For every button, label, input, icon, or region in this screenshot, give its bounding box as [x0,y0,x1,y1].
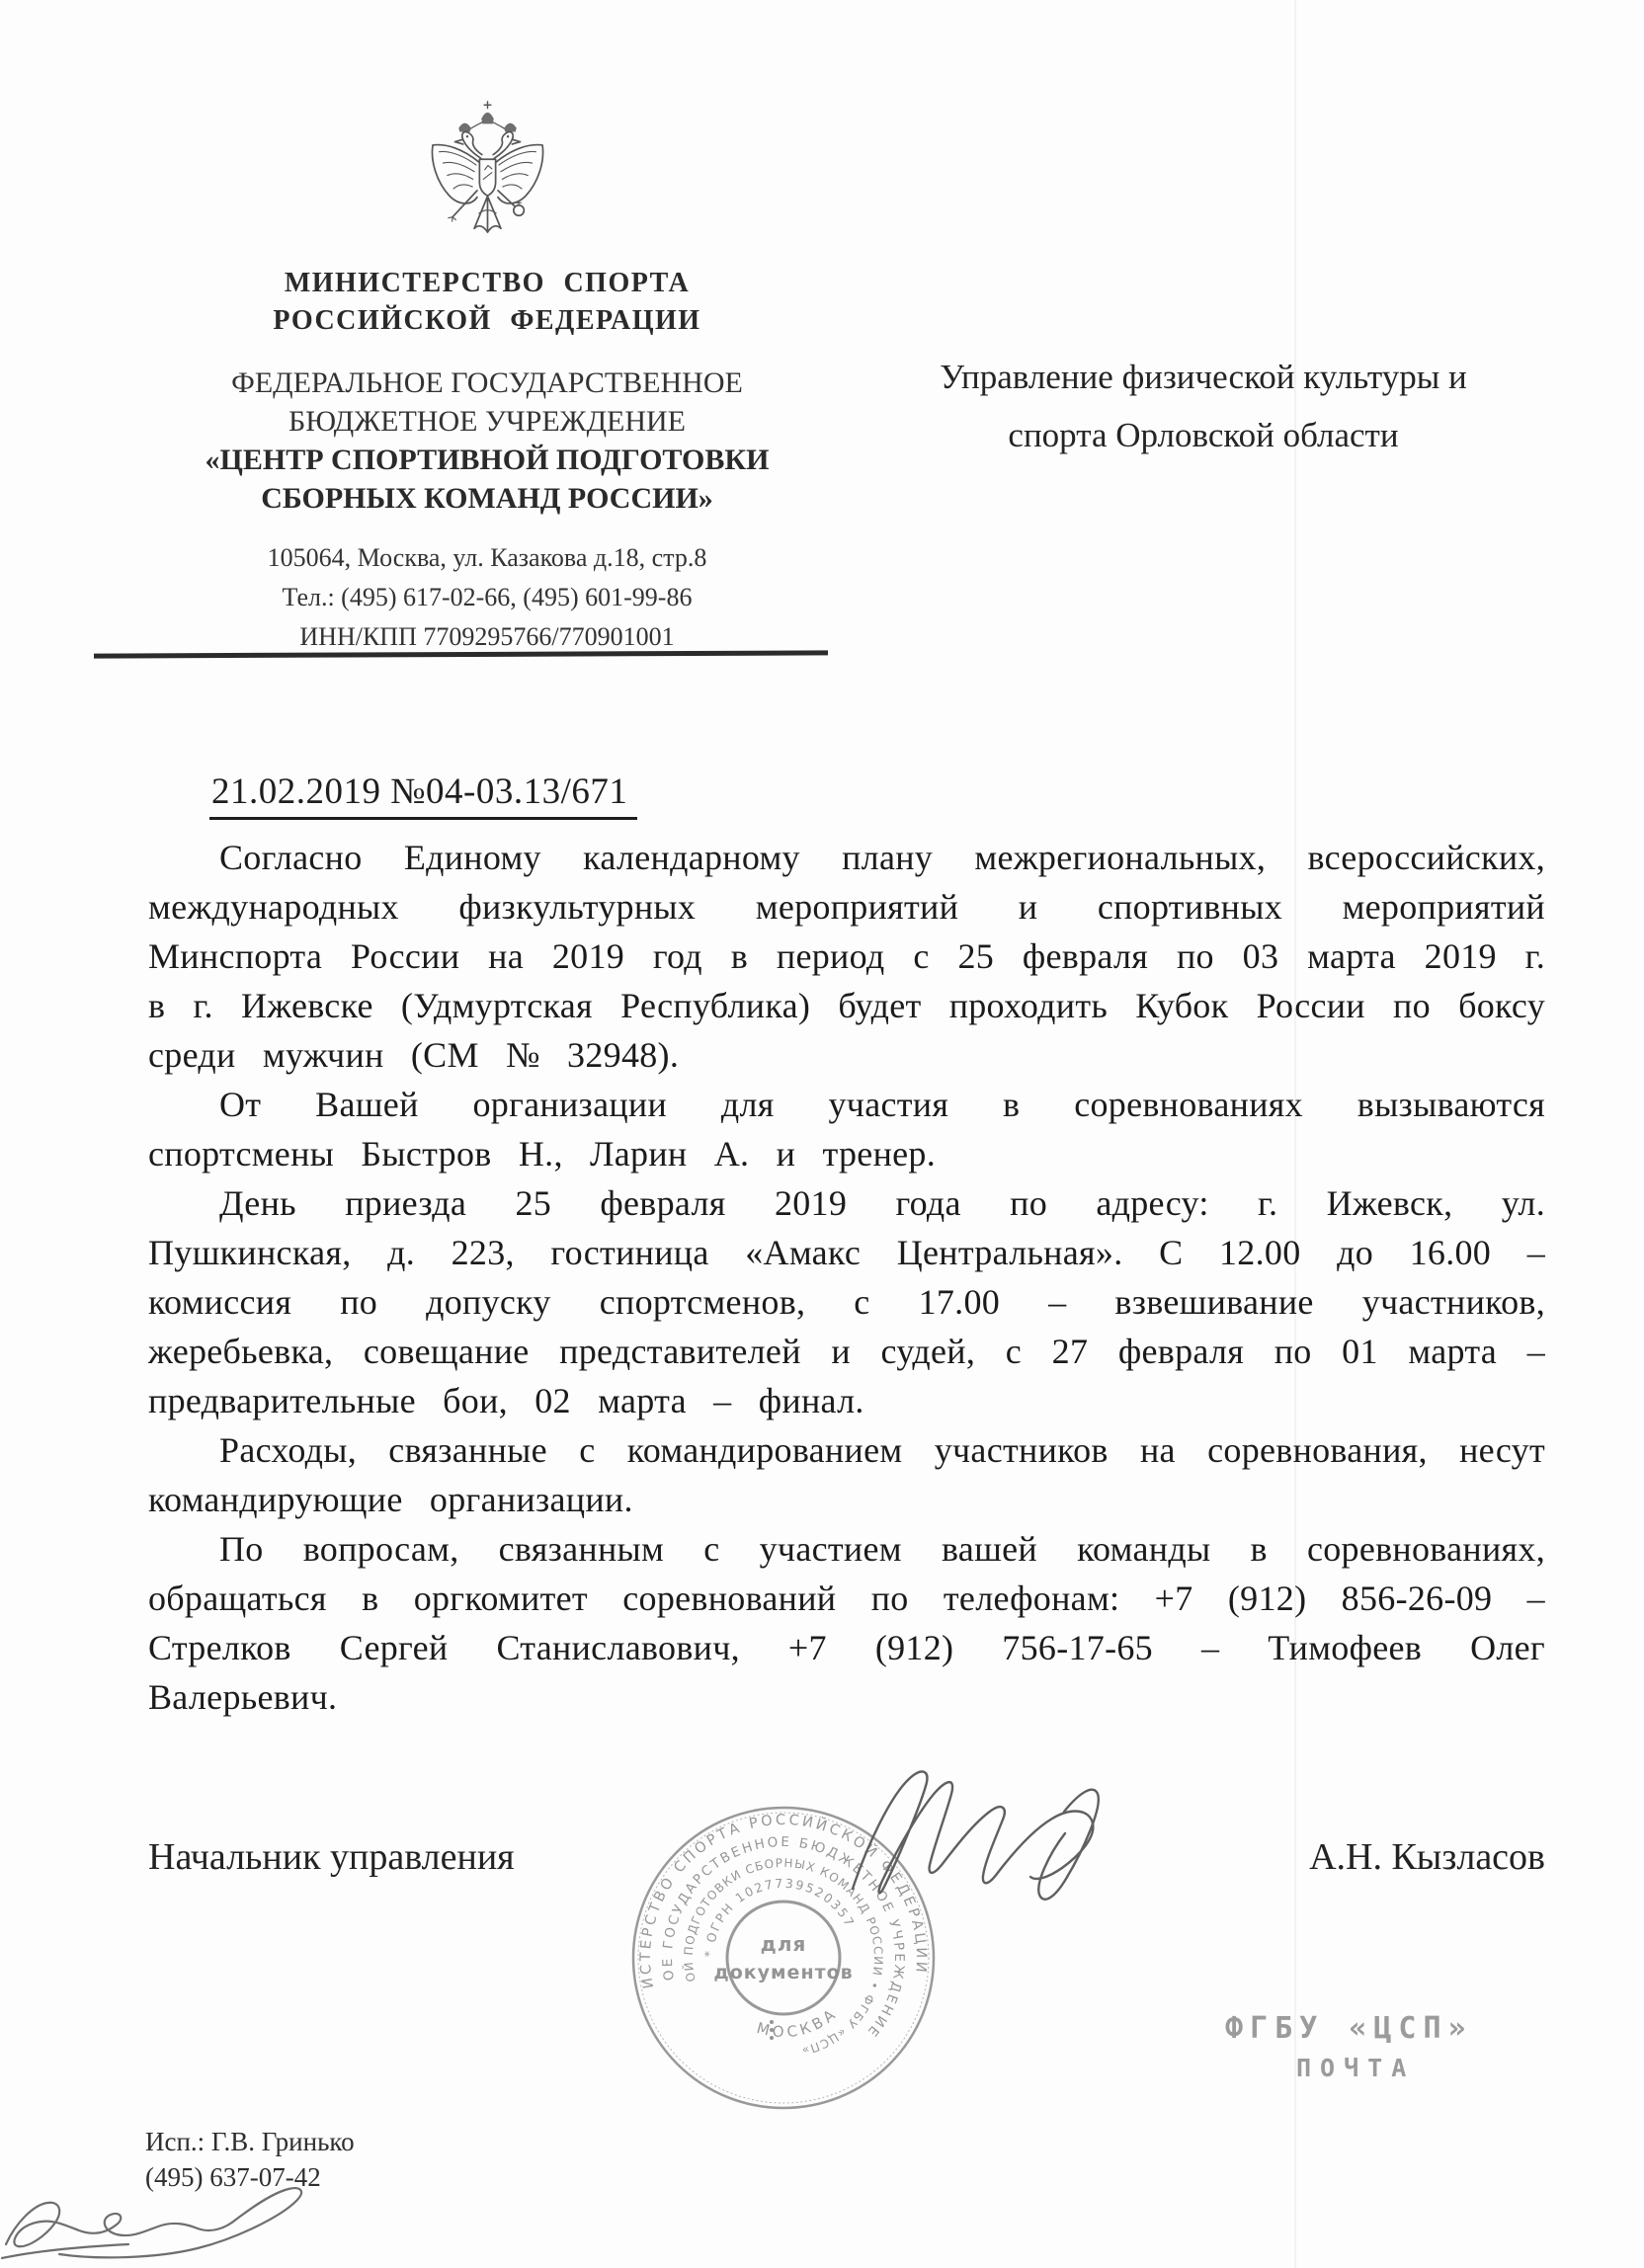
reference-number: 21.02.2019 №04-03.13/671 [209,770,637,820]
coat-of-arms-icon [416,99,559,255]
post-stamp: ФГБУ «ЦСП» ПОЧТА [1225,2011,1473,2082]
paragraph: От Вашей организации для участия в сорев… [148,1080,1545,1178]
org-line3: «ЦЕНТР СПОРТИВНОЙ ПОДГОТОВКИ [131,441,843,479]
post-stamp-label: ПОЧТА [1296,2054,1473,2082]
recipient-line2: спорта Орловской области [869,406,1537,464]
handwritten-signature [835,1750,1111,1926]
letter-body: Согласно Единому календарному плану межр… [148,833,1545,1722]
sender-phones: Тел.: (495) 617-02-66, (495) 601-99-86 [131,578,843,617]
organization-name: ФЕДЕРАЛЬНОЕ ГОСУДАРСТВЕННОЕ БЮДЖЕТНОЕ УЧ… [131,364,843,518]
paragraph: По вопросам, связанным с участием вашей … [148,1524,1545,1722]
sender-letterhead: МИНИСТЕРСТВО СПОРТА РОССИЙСКОЙ ФЕДЕРАЦИИ… [131,99,843,657]
org-line4: СБОРНЫХ КОМАНД РОССИИ» [131,479,843,518]
seal-center-line2: документов [713,1962,853,1984]
signatory-name: А.Н. Кызласов [1309,1835,1545,1879]
paragraph: Согласно Единому календарному плану межр… [148,833,1545,1080]
bottom-signature-scribble [0,2181,326,2268]
sender-address: 105064, Москва, ул. Казакова д.18, стр.8 [131,538,843,578]
org-line1: ФЕДЕРАЛЬНОЕ ГОСУДАРСТВЕННОЕ [131,364,843,402]
ministry-name-line2: РОССИЙСКОЙ ФЕДЕРАЦИИ [131,302,843,340]
paragraph: День приезда 25 февраля 2019 года по адр… [148,1178,1545,1425]
signatory-position: Начальник управления [148,1835,515,1879]
ministry-name-line1: МИНИСТЕРСТВО СПОРТА [131,265,843,302]
post-stamp-org: ФГБУ «ЦСП» [1225,2011,1473,2046]
seal-center-line1: для [761,1932,807,1956]
paragraph: Расходы, связанные с командированием уча… [148,1425,1545,1524]
scanned-letter-page: МИНИСТЕРСТВО СПОРТА РОССИЙСКОЙ ФЕДЕРАЦИИ… [0,0,1644,2268]
recipient-block: Управление физической культуры и спорта … [869,348,1537,464]
org-line2: БЮДЖЕТНОЕ УЧРЕЖДЕНИЕ [131,402,843,441]
recipient-line1: Управление физической культуры и [869,348,1537,406]
sender-contacts: 105064, Москва, ул. Казакова д.18, стр.8… [131,538,843,657]
executor-name: Исп.: Г.В. Гринько [145,2124,355,2159]
